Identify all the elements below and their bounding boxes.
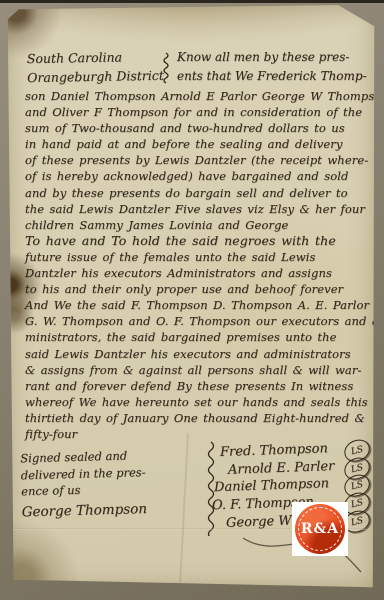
text-line: sum of Two-thousand and two-hundred doll… xyxy=(25,120,371,136)
text-line: said Lewis Dantzler his executors and ad… xyxy=(25,346,371,362)
signature-row: Arnold E. Parler LS xyxy=(212,460,370,478)
text-line: whereof We have hereunto set our hands a… xyxy=(25,394,371,410)
place-line: Orangeburgh District xyxy=(27,66,155,87)
text-line: and Oliver F Thompson for and in conside… xyxy=(25,104,371,120)
signature-row: Daniel Thompson LS xyxy=(212,477,370,495)
text-line: to his and their only proper use and beh… xyxy=(25,281,371,297)
text-line: & assigns from & against all persons sha… xyxy=(25,362,371,378)
text-line: Dantzler his executors Administrators an… xyxy=(25,265,371,281)
opening-line: ents that We Frederick Thomp- xyxy=(177,67,367,86)
place-line: South Carolina xyxy=(27,47,155,68)
text-line: G. W. Thompson and O. F. Thompson our ex… xyxy=(25,313,371,329)
signature-name: Daniel Thompson xyxy=(212,476,344,496)
ra-watermark-logo: R&A xyxy=(292,502,348,556)
text-line: son Daniel Thompson Arnold E Parlor Geor… xyxy=(25,88,371,104)
text-line: future issue of the females unto the sai… xyxy=(25,249,371,265)
text-line: And We the said F. Thompson D. Thompson … xyxy=(25,297,371,313)
place-block: South Carolina Orangeburgh District xyxy=(27,47,156,87)
document-header: South Carolina Orangeburgh District Know… xyxy=(27,48,367,86)
ra-logo-letters: R&A xyxy=(295,504,345,554)
signature-row: Fred. Thompson LS xyxy=(212,442,370,460)
photo-top-shadow xyxy=(0,0,384,3)
opening-block: Know all men by these pres- ents that We… xyxy=(177,48,367,86)
text-line: of is hereby acknowledged) have bargaine… xyxy=(25,168,371,184)
signature-name: Arnold E. Parler xyxy=(212,459,344,479)
witness-line: ence of us xyxy=(21,479,201,500)
photo-background: South Carolina Orangeburgh District Know… xyxy=(0,0,384,600)
text-line: the said Lewis Dantzler Five slaves viz … xyxy=(25,201,371,217)
text-line: thirtieth day of January One thousand Ei… xyxy=(25,410,371,426)
witness-signature: George Thompson xyxy=(22,499,202,520)
text-line: of these presents by Lewis Dantzler (the… xyxy=(25,152,371,168)
ra-logo-circle: R&A xyxy=(295,504,345,554)
document-body: son Daniel Thompson Arnold E Parlor Geor… xyxy=(25,88,371,442)
witness-block: Signed sealed and delivered in the pres-… xyxy=(20,446,202,521)
opening-line: Know all men by these pres- xyxy=(177,48,367,67)
signature-name: Fred. Thompson xyxy=(212,441,344,461)
text-line: in hand paid at and before the sealing a… xyxy=(25,136,371,152)
text-line: children Sammy James Lovinia and George xyxy=(25,217,371,233)
text-line: and by these presents do bargain sell an… xyxy=(25,185,371,201)
text-line: ministrators, the said bargained premise… xyxy=(25,329,371,345)
text-line: To have and To hold the said negroes wit… xyxy=(25,233,371,249)
text-line: rant and forever defend By these present… xyxy=(25,378,371,394)
